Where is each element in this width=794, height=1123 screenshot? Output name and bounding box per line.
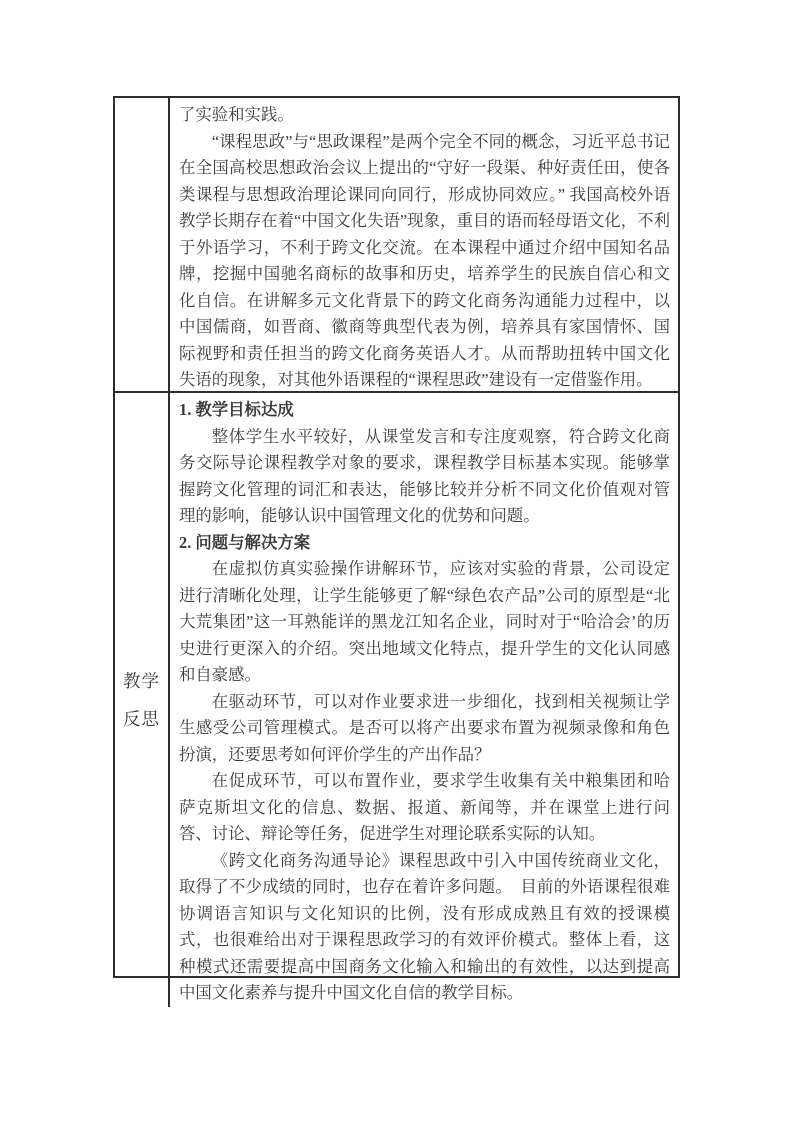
row-label-cell-teaching-reflection: 教学 反思 <box>115 393 170 1007</box>
row-label-cell-empty <box>115 98 170 391</box>
continuation-paragraph: 了实验和实践。 <box>179 102 670 129</box>
continuation-content-cell: 了实验和实践。 “课程思政”与“思政课程”是两个完全不同的概念，习近平总书记在全… <box>170 98 678 391</box>
section-heading-goal-achievement: 1. 教学目标达成 <box>179 397 670 424</box>
label-line-1: 教学 <box>123 662 160 700</box>
label-line-2: 反思 <box>123 700 160 738</box>
course-summary-paragraph: 《跨文化商务沟通导论》课程思政中引入中国传统商业文化，取得了不少成绩的同时，也存… <box>179 848 670 1007</box>
facilitation-stage-paragraph: 在促成环节，可以布置作业，要求学生收集有关中粮集团和哈萨克斯坦文化的信息、数据、… <box>179 768 670 848</box>
virtual-simulation-paragraph: 在虚拟仿真实验操作讲解环节，应该对实验的背景，公司设定进行清晰化处理，让学生能够… <box>179 556 670 689</box>
table-row-teaching-reflection: 教学 反思 1. 教学目标达成 整体学生水平较好，从课堂发言和专注度观察，符合跨… <box>115 393 678 1007</box>
goal-achievement-paragraph: 整体学生水平较好，从课堂发言和专注度观察，符合跨文化商务交际导论课程教学对象的要… <box>179 424 670 530</box>
reflection-content-cell: 1. 教学目标达成 整体学生水平较好，从课堂发言和专注度观察，符合跨文化商务交际… <box>170 393 678 1007</box>
row-label-teaching-reflection: 教学 反思 <box>123 662 160 738</box>
table-row-continuation: 了实验和实践。 “课程思政”与“思政课程”是两个完全不同的概念，习近平总书记在全… <box>115 98 678 393</box>
course-ideology-paragraph: “课程思政”与“思政课程”是两个完全不同的概念，习近平总书记在全国高校思想政治会… <box>179 129 670 392</box>
section-heading-problems-solutions: 2. 问题与解决方案 <box>179 530 670 557</box>
document-page: 了实验和实践。 “课程思政”与“思政课程”是两个完全不同的概念，习近平总书记在全… <box>0 0 794 1123</box>
teaching-record-table: 了实验和实践。 “课程思政”与“思政课程”是两个完全不同的概念，习近平总书记在全… <box>113 96 680 978</box>
driving-stage-paragraph: 在驱动环节，可以对作业要求进一步细化，找到相关视频让学生感受公司管理模式。是否可… <box>179 689 670 769</box>
